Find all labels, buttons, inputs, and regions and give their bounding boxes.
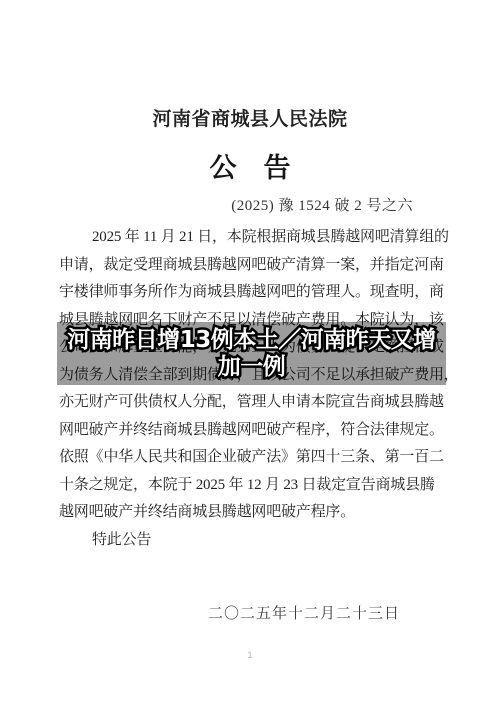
court-notice-page: 河南省商城县人民法院 公 告 (2025) 豫 1524 破 2 号之六 202… <box>0 0 500 706</box>
court-name-heading: 河南省商城县人民法院 <box>0 104 500 131</box>
notice-body-line: 亦无财产可供债权人分配，管理人申请本院宣告商城县腾越 <box>59 389 447 417</box>
notice-body-line: 十条之规定，本院于 2025 年 12 月 23 日裁定宣告商城县腾 <box>59 472 447 500</box>
notice-body-line: 依照《中华人民共和国企业破产法》第四十三条、第一百二 <box>59 444 447 472</box>
notice-body-line: 申请，裁定受理商城县腾越网吧破产清算一案，并指定河南 <box>59 252 447 280</box>
case-number: (2025) 豫 1524 破 2 号之六 <box>231 194 413 215</box>
closing-statement: 特此公告 <box>59 527 447 555</box>
notice-body-line: 越网吧破产并终结商城县腾越网吧破产程序。 <box>59 499 447 527</box>
notice-date: 二〇二五年十二月二十三日 <box>208 602 400 623</box>
notice-title: 公 告 <box>0 146 500 185</box>
subtitle-caption-line-2: 加一例 <box>50 354 453 381</box>
page-number: 1 <box>0 650 500 660</box>
subtitle-caption-line-1: 河南昨日增13例本土／河南昨天又增 <box>50 327 453 354</box>
notice-body: 2025 年 11 月 21 日，本院根据商城县腾越网吧清算组的申请，裁定受理商… <box>59 224 447 554</box>
notice-body-line: 宇楼律师事务所作为商城县腾越网吧的管理人。现查明，商 <box>59 279 447 307</box>
notice-body-line: 2025 年 11 月 21 日，本院根据商城县腾越网吧清算组的 <box>59 224 447 252</box>
subtitle-caption: 河南昨日增13例本土／河南昨天又增 加一例 <box>50 327 453 381</box>
notice-body-line: 网吧破产并终结商城县腾越网吧破产程序，符合法律规定。 <box>59 417 447 445</box>
